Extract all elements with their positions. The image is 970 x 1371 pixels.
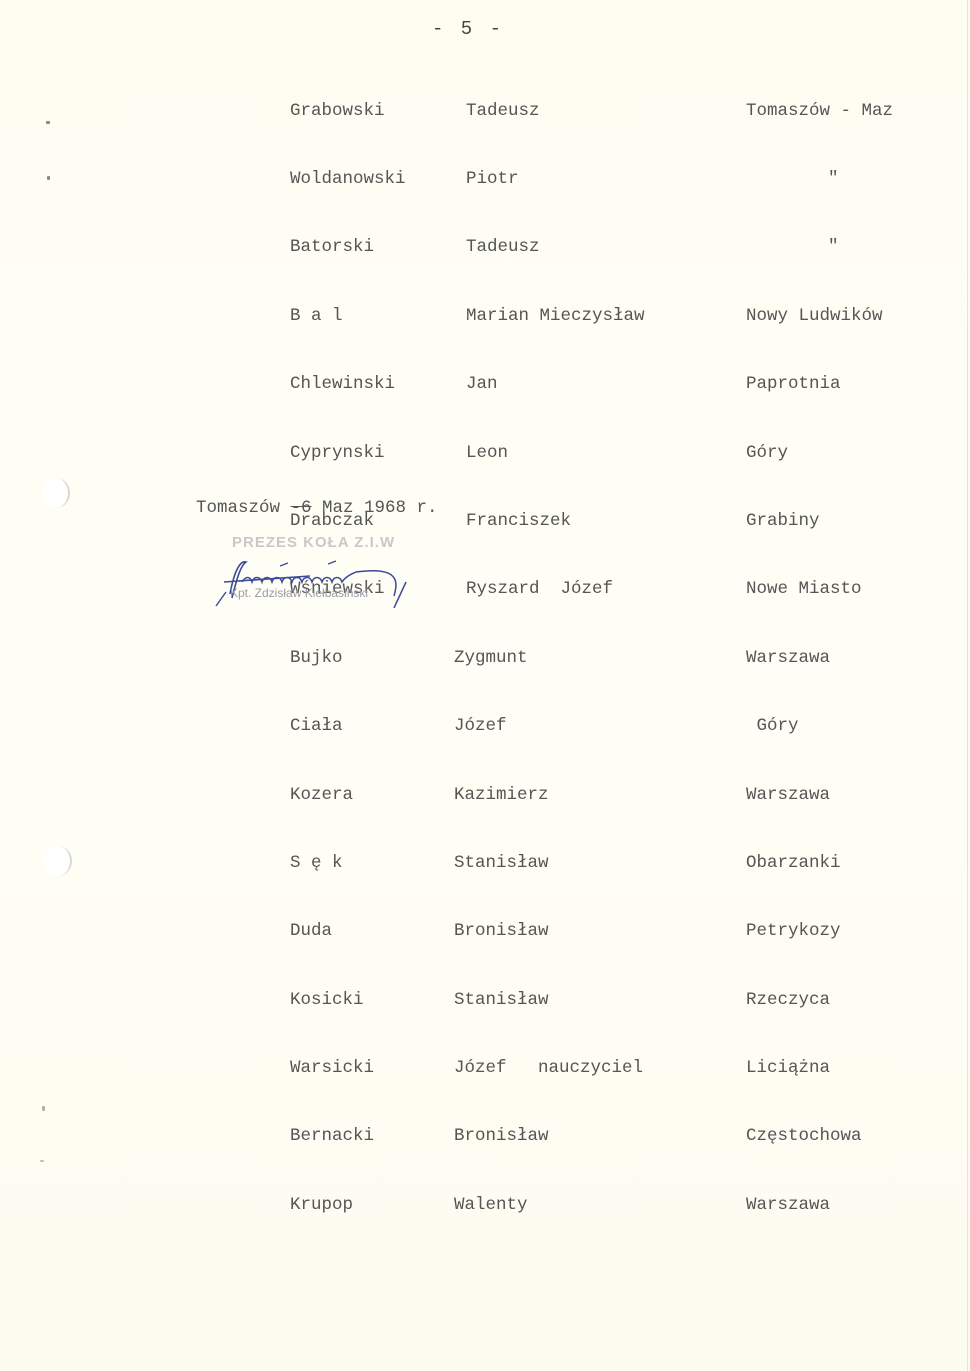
surname-cell: Bernacki bbox=[290, 1125, 406, 1148]
firstname-cell: Ryszard Józef bbox=[454, 578, 645, 601]
firstname-cell: Stanisław bbox=[454, 989, 645, 1012]
date-rest: Maz 1968 r. bbox=[312, 498, 438, 518]
date-city: Tomaszów bbox=[196, 498, 291, 518]
place-cell: Obarzanki bbox=[746, 852, 893, 875]
place-cell: Grabiny bbox=[746, 510, 893, 533]
place-cell: Nowy Ludwików bbox=[746, 305, 893, 328]
surname-cell: Grabowski bbox=[290, 100, 406, 123]
firstname-cell: Bronisław bbox=[454, 1125, 645, 1148]
scan-speck bbox=[42, 1106, 45, 1111]
scan-speck bbox=[47, 176, 50, 180]
surname-cell: Krupop bbox=[290, 1194, 406, 1217]
place-cell: Tomaszów - Maz bbox=[746, 100, 893, 123]
punch-hole bbox=[42, 478, 70, 508]
place-cell: Góry bbox=[746, 715, 893, 738]
place-cell-ditto: " bbox=[746, 168, 893, 191]
place-cell-ditto: " bbox=[746, 236, 893, 259]
surname-cell: Bujko bbox=[290, 647, 406, 670]
firstname-cell: Stanisław bbox=[454, 852, 645, 875]
place-cell: Warszawa bbox=[746, 647, 893, 670]
firstname-cell: Zygmunt bbox=[454, 647, 645, 670]
surname-cell: Kosicki bbox=[290, 989, 406, 1012]
place-cell: Paprotnia bbox=[746, 373, 893, 396]
firstname-cell: Tadeusz bbox=[454, 100, 645, 123]
surname-cell: Cyprynski bbox=[290, 442, 406, 465]
firstname-cell: Józef bbox=[454, 715, 645, 738]
place-cell: Warszawa bbox=[746, 1194, 893, 1217]
surname-column: Grabowski Woldanowski Batorski B a l Chl… bbox=[290, 54, 406, 1262]
place-cell: Petrykozy bbox=[746, 920, 893, 943]
place-cell: Góry bbox=[746, 442, 893, 465]
firstname-cell: Jan bbox=[454, 373, 645, 396]
stamp-name: Kpt. Zdzisław Kiełbasiński bbox=[230, 586, 368, 600]
place-cell: Warszawa bbox=[746, 784, 893, 807]
firstname-cell: Marian Mieczysław bbox=[454, 305, 645, 328]
firstname-cell: Leon bbox=[454, 442, 645, 465]
firstname-cell: Piotr bbox=[454, 168, 645, 191]
surname-cell: Ciała bbox=[290, 715, 406, 738]
place-cell: Rzeczyca bbox=[746, 989, 893, 1012]
surname-cell: Woldanowski bbox=[290, 168, 406, 191]
surname-cell: Batorski bbox=[290, 236, 406, 259]
place-cell: Nowe Miasto bbox=[746, 578, 893, 601]
punch-hole bbox=[44, 846, 72, 876]
page-number: - 5 - bbox=[432, 18, 504, 40]
date-struck-text: -6 bbox=[291, 498, 312, 518]
surname-cell: Kozera bbox=[290, 784, 406, 807]
firstname-cell: Walenty bbox=[454, 1194, 645, 1217]
place-cell: Częstochowa bbox=[746, 1125, 893, 1148]
scan-speck bbox=[46, 121, 50, 124]
firstname-cell: Franciszek bbox=[454, 510, 645, 533]
document-page: - 5 - Grabowski Woldanowski Batorski B a… bbox=[0, 0, 970, 1371]
firstname-cell: Kazimierz bbox=[454, 784, 645, 807]
surname-cell: Duda bbox=[290, 920, 406, 943]
surname-cell: Chlewinski bbox=[290, 373, 406, 396]
place-cell: Liciążna bbox=[746, 1057, 893, 1080]
surname-cell: S ę k bbox=[290, 852, 406, 875]
stamp-title: PREZES KOŁA Z.I.W bbox=[232, 534, 395, 551]
firstname-cell: Bronisław bbox=[454, 920, 645, 943]
date-line: Tomaszów -6 Maz 1968 r. bbox=[196, 498, 438, 518]
scan-speck bbox=[40, 1160, 44, 1162]
surname-cell: B a l bbox=[290, 305, 406, 328]
firstname-cell: Tadeusz bbox=[454, 236, 645, 259]
surname-cell: Warsicki bbox=[290, 1057, 406, 1080]
place-column: Tomaszów - Maz " " Nowy Ludwików Paprotn… bbox=[746, 54, 893, 1262]
firstname-column: Tadeusz Piotr Tadeusz Marian Mieczysław … bbox=[454, 54, 645, 1262]
firstname-cell: Józef nauczyciel bbox=[454, 1057, 645, 1080]
page-edge bbox=[967, 0, 968, 1371]
